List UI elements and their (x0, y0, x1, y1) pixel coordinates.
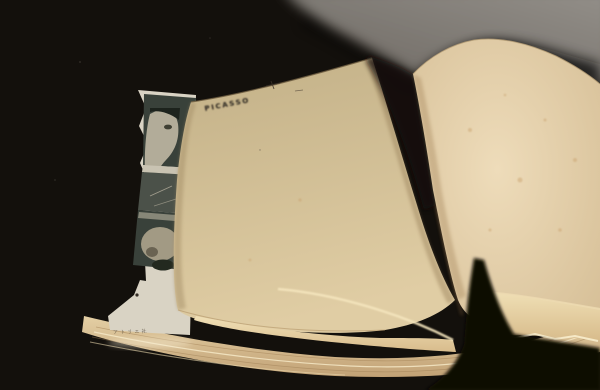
fore-edge-sheen (108, 338, 192, 348)
sculpture-mass-shadow (146, 247, 158, 257)
sculpture-mass-shape (141, 227, 179, 261)
photo-open-book-scene: アトリエ社 PICASSO (0, 0, 600, 390)
sculpture-base-shadow (152, 260, 174, 271)
ink-speck (135, 293, 138, 296)
book-photograph: アトリエ社 PICASSO (0, 0, 600, 390)
sculpture-eye-shadow (164, 125, 172, 130)
colophon-text: アトリエ社 (113, 328, 149, 336)
